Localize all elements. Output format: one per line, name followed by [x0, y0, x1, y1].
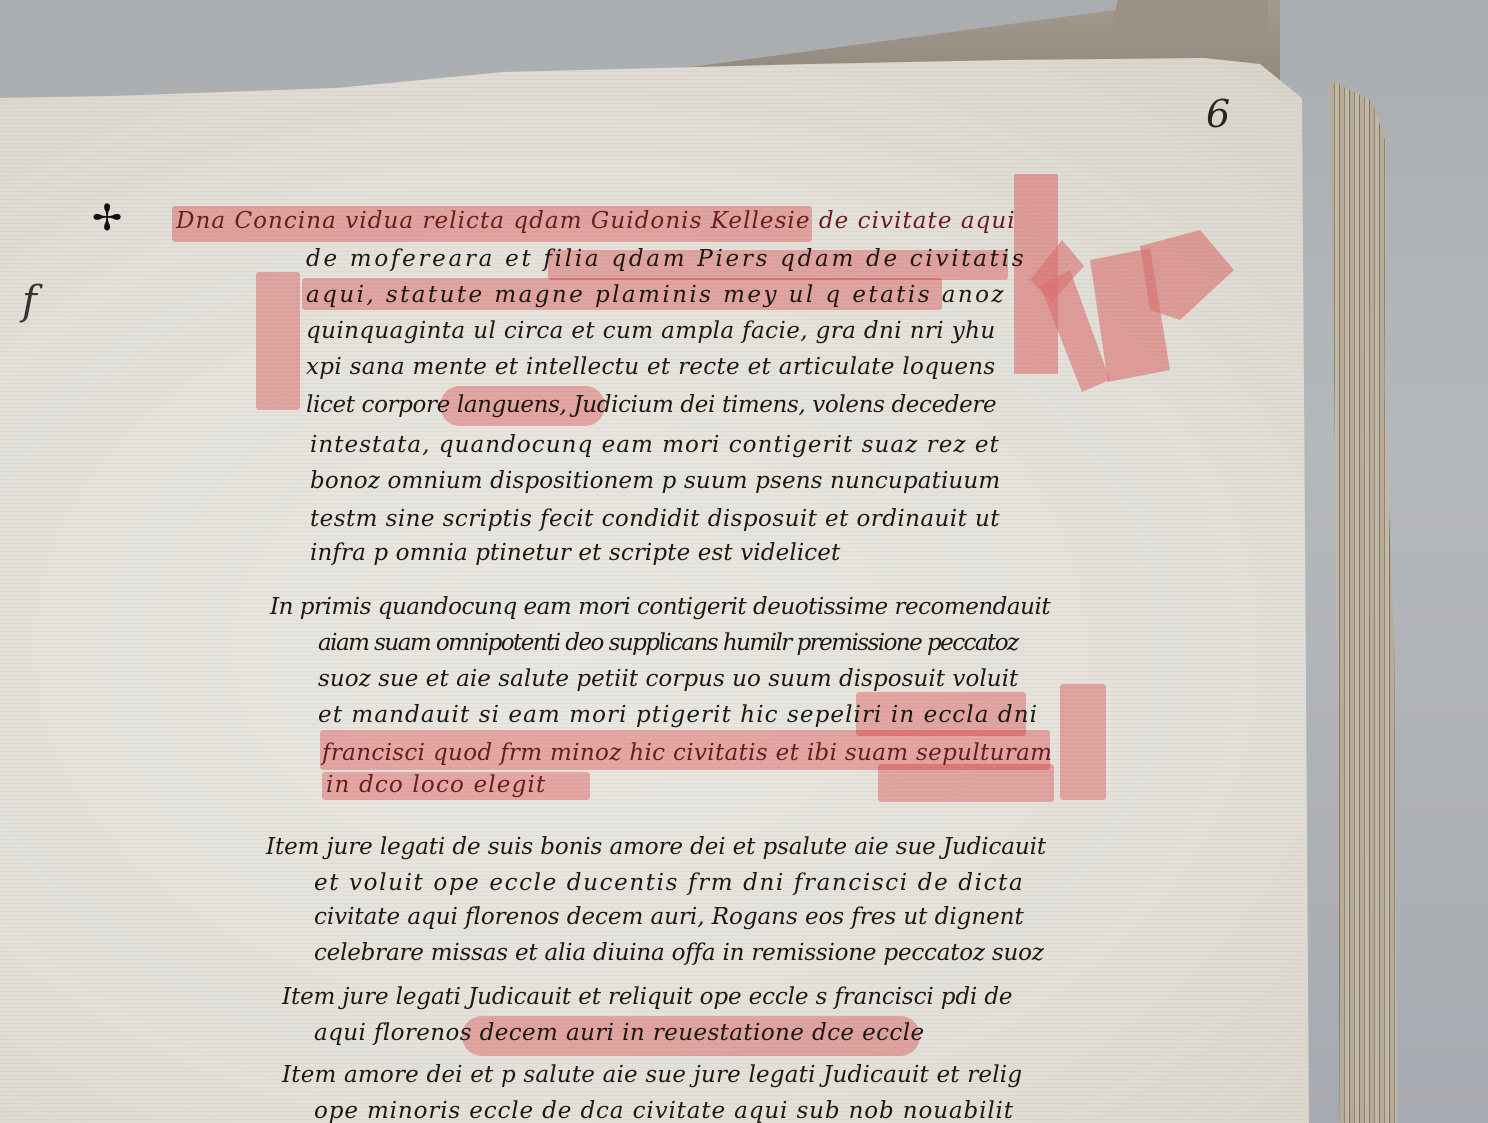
manuscript-line-6: licet corpore languens, Judicium dei tim… — [306, 392, 996, 418]
manuscript-line-4: quinquaginta ul circa et cum ampla facie… — [306, 318, 996, 344]
manuscript-line-22: aqui florenos decem auri in reuestatione… — [314, 1020, 924, 1046]
manuscript-line-14: et mandauit si eam mori ptigerit hic sep… — [318, 702, 1038, 728]
highlight-vbar-left — [256, 272, 300, 410]
manuscript-line-10: infra p omnia ptinetur et scripte est vi… — [310, 540, 840, 566]
manuscript-line-9: testm sine scriptis fecit condidit dispo… — [310, 506, 1000, 532]
manuscript-line-11: In primis quandocunq eam mori contigerit… — [270, 594, 1050, 620]
cross-mark-icon: ✢ — [92, 198, 122, 239]
manuscript-line-19: civitate aqui florenos decem auri, Rogan… — [314, 904, 1024, 930]
folio-number: 6 — [1206, 92, 1230, 136]
highlight-line-16b — [878, 764, 1054, 802]
manuscript-line-15: francisci quod frm minoz hic civitatis e… — [322, 740, 1052, 766]
manuscript-line-18: et voluit ope eccle ducentis frm dni fra… — [314, 870, 1024, 896]
manuscript-line-5: xpi sana mente et intellectu et recte et… — [306, 354, 996, 380]
manuscript-line-16: in dco loco elegit — [326, 772, 546, 798]
manuscript-line-2: de mofereara et filia qdam Piers qdam de… — [306, 246, 1026, 272]
manuscript-line-20: celebrare missas et alia diuina offa in … — [314, 940, 1044, 966]
manuscript-line-21: Item jure legati Judicauit et reliquit o… — [282, 984, 1012, 1010]
kp-annotation-marker — [1000, 170, 1260, 400]
manuscript-line-24: ope minoris eccle de dca civitate aqui s… — [314, 1098, 1014, 1123]
manuscript-line-17: Item jure legati de suis bonis amore dei… — [266, 834, 1046, 860]
highlight-vbar-right — [1060, 684, 1106, 800]
manuscript-line-12: aiam suam omnipotenti deo supplicans hum… — [318, 630, 1018, 656]
manuscript-line-23: Item amore dei et p salute aie sue jure … — [282, 1062, 1022, 1088]
page-stack-edge — [1330, 80, 1400, 1123]
manuscript-line-8: bonoz omnium dispositionem p suum psens … — [310, 468, 1000, 494]
back-cover-flap — [1108, 0, 1268, 48]
manuscript-line-3: aqui, statute magne plaminis mey ul q et… — [306, 282, 1006, 308]
margin-note: f — [22, 278, 37, 324]
manuscript-line-13: suoz sue et aie salute petiit corpus uo … — [318, 666, 1018, 692]
manuscript-line-7: intestata, quandocunq eam mori contigeri… — [310, 432, 1000, 458]
manuscript-line-1: Dna Concina vidua relicta qdam Guidonis … — [176, 208, 1016, 234]
